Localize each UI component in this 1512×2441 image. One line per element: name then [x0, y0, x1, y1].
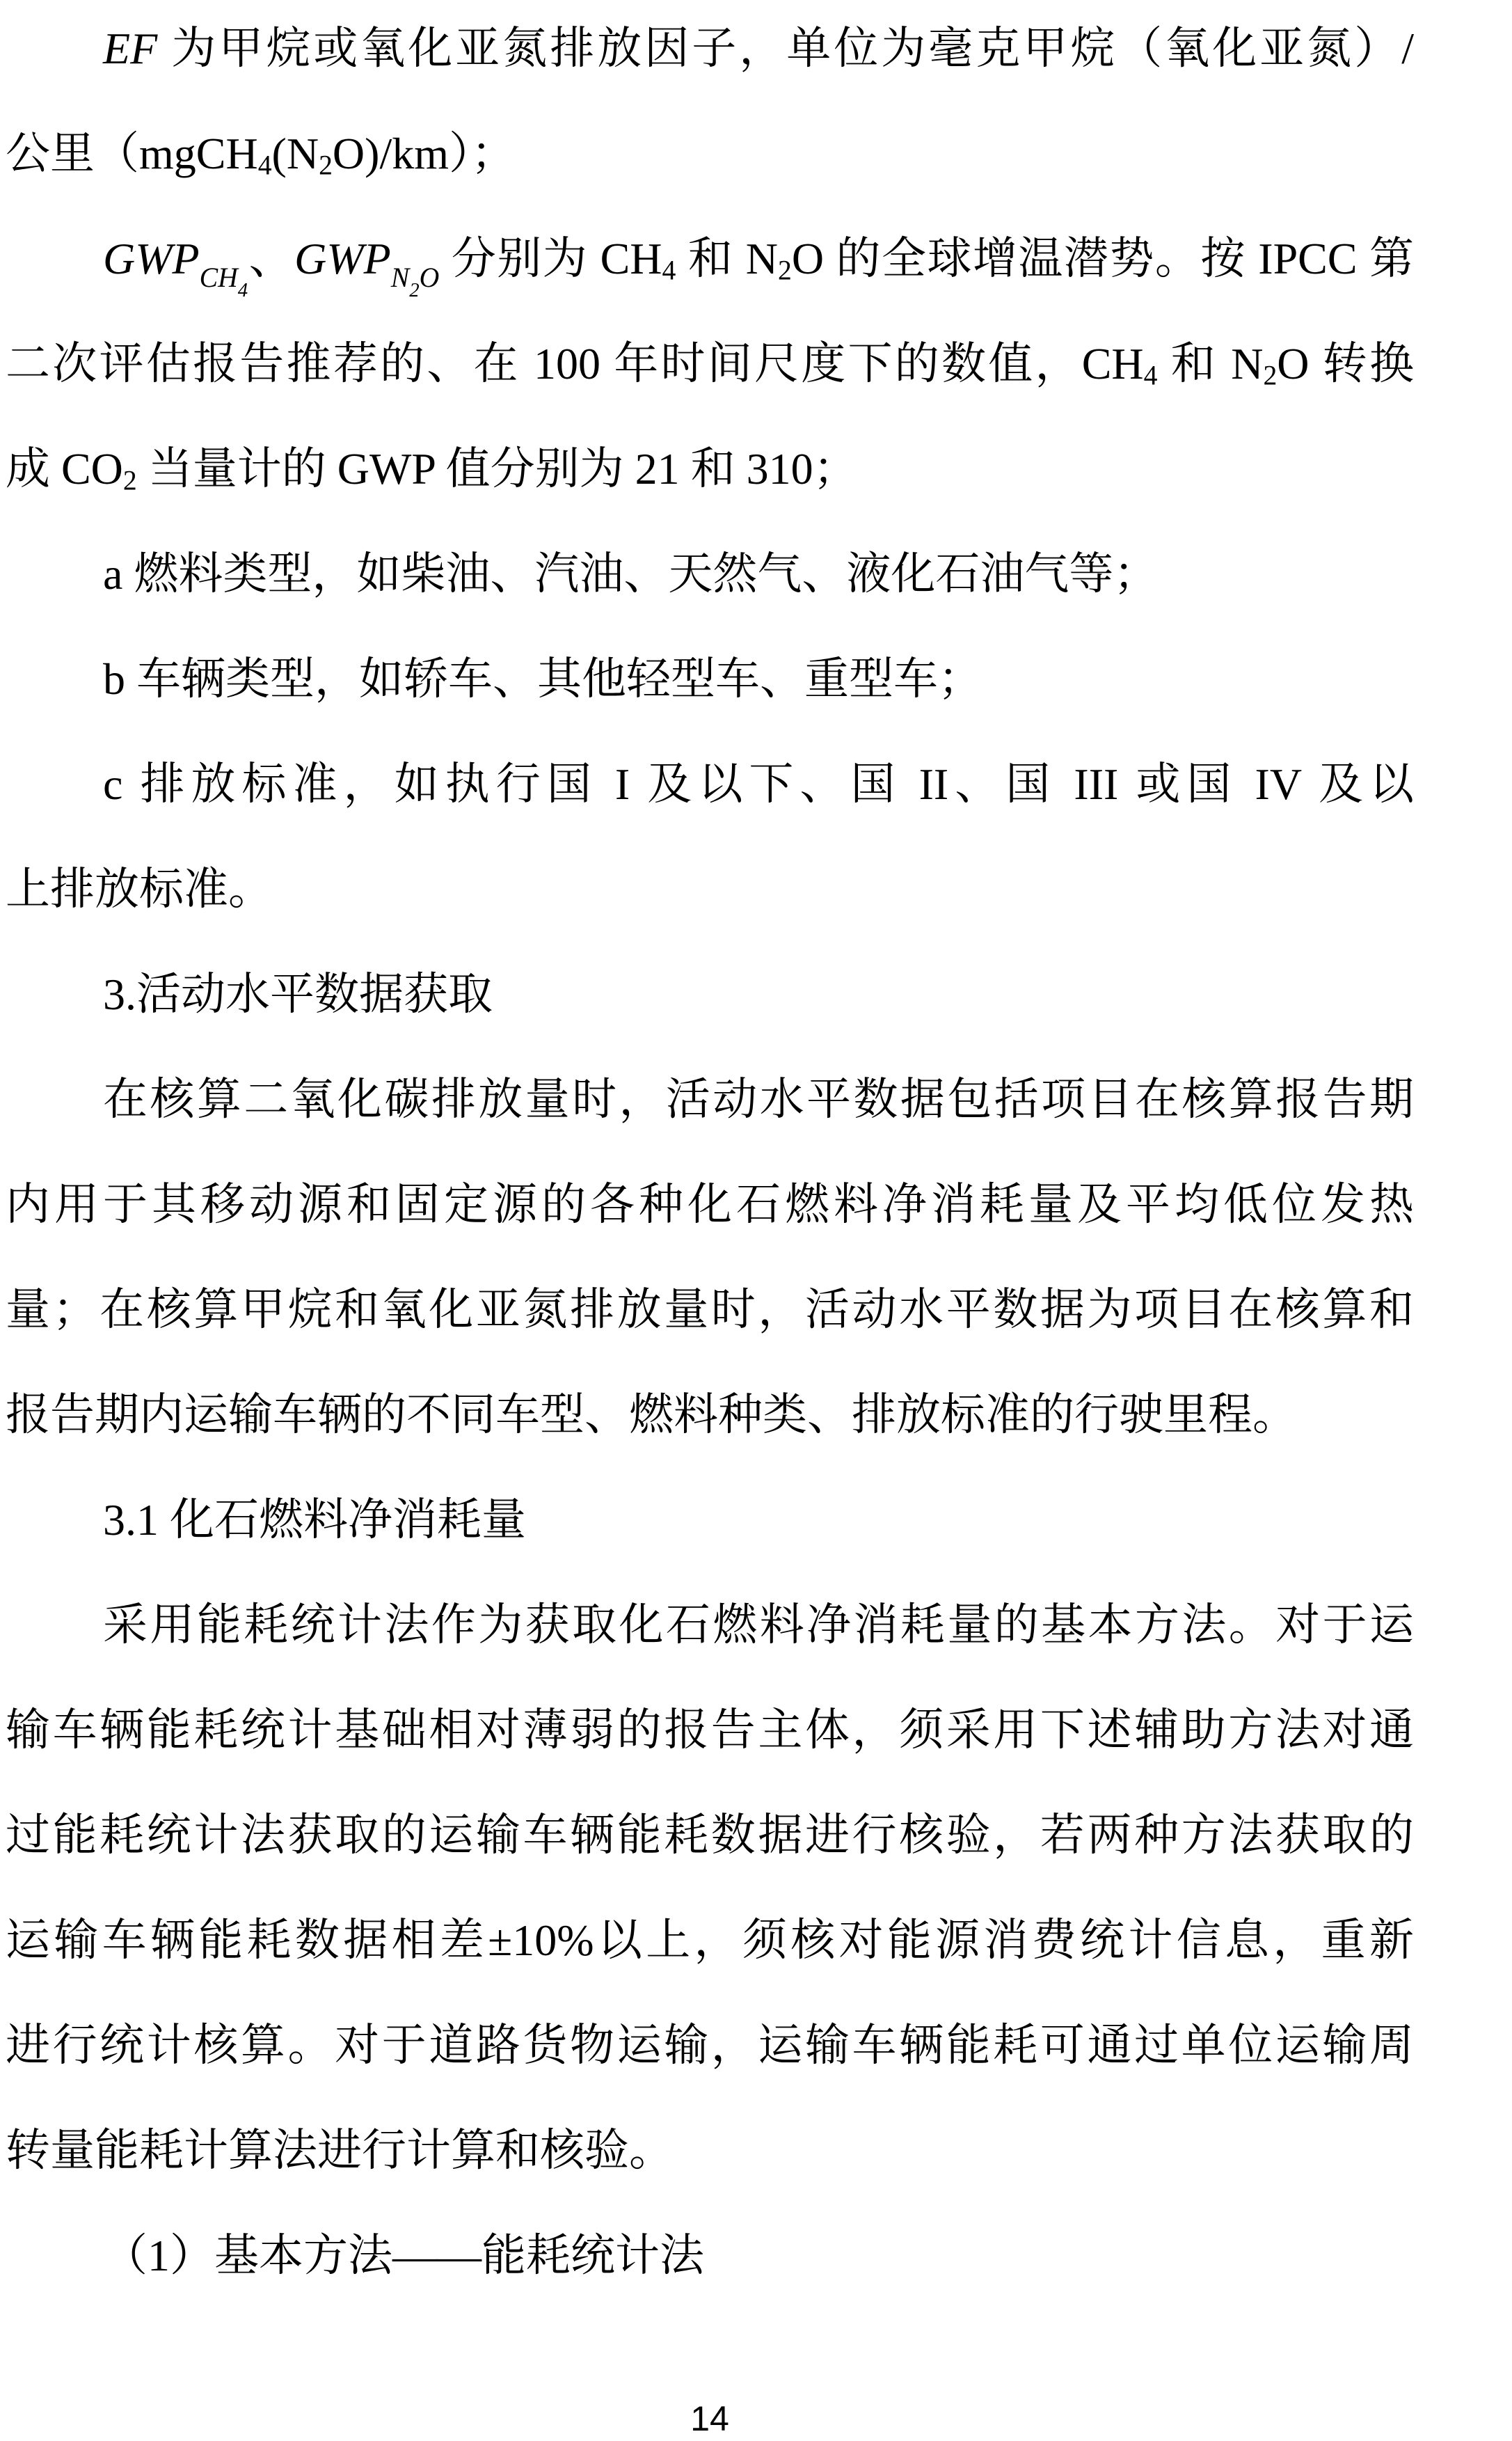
text-line-22: （1）基本方法——能耗统计法 [6, 2203, 1414, 2308]
formula-run: GWP [103, 234, 200, 283]
formula-run: 4 [1144, 361, 1158, 391]
formula-run: 4 [238, 279, 248, 301]
formula-run: O [420, 262, 440, 293]
formula-run: GWP [294, 234, 391, 283]
text-line-5: 成 CO2 当量计的 GWP 值分别为 21 和 310； [6, 416, 1414, 521]
text-run: （1）基本方法——能耗统计法 [103, 2231, 704, 2280]
text-line-10: 3.活动水平数据获取 [6, 942, 1414, 1047]
text-run: 在核算二氧化碳排放量时，活动水平数据包括项目在核算报告期 [103, 1075, 1414, 1124]
text-line-4: 二次评估报告推荐的、在 100 年时间尺度下的数值，CH4 和 N2O 转换 [6, 311, 1414, 416]
text-run: 为甲烷或氧化亚氮排放因子，单位为毫克甲烷（氧化亚氮）/ [157, 24, 1414, 73]
text-run: O)/km）； [333, 129, 516, 178]
document-page: EF 为甲烷或氧化亚氮排放因子，单位为毫克甲烷（氧化亚氮）/公里（mgCH4(N… [0, 0, 1512, 2441]
formula-run: 4 [258, 150, 272, 181]
formula-run: 2 [778, 255, 792, 286]
text-run: 成 CO [6, 444, 123, 493]
text-run: 分别为 CH [439, 234, 662, 283]
text-line-7: b 车辆类型，如轿车、其他轻型车、重型车； [6, 626, 1414, 732]
text-run: 上排放标准。 [6, 864, 273, 914]
text-line-12: 内用于其移动源和固定源的各种化石燃料净消耗量及平均低位发热 [6, 1152, 1414, 1257]
text-line-19: 运输车辆能耗数据相差±10%以上，须核对能源消费统计信息，重新 [6, 1888, 1414, 1993]
text-run: 采用能耗统计法作为获取化石燃料净消耗量的基本方法。对于运 [103, 1600, 1414, 1650]
text-run: 当量计的 GWP 值分别为 21 和 310； [137, 444, 858, 493]
text-line-1: EF 为甲烷或氧化亚氮排放因子，单位为毫克甲烷（氧化亚氮）/ [6, 0, 1414, 101]
formula-run: 4 [662, 255, 676, 286]
text-run: 进行统计核算。对于道路货物运输，运输车辆能耗可通过单位运输周 [6, 2021, 1414, 2070]
text-run: 量；在核算甲烷和氧化亚氮排放量时，活动水平数据为项目在核算和 [6, 1285, 1414, 1334]
text-line-9: 上排放标准。 [6, 837, 1414, 942]
text-run: 二次评估报告推荐的、在 100 年时间尺度下的数值，CH [6, 339, 1144, 388]
text-line-18: 过能耗统计法获取的运输车辆能耗数据进行核验，若两种方法获取的 [6, 1783, 1414, 1888]
formula-run: 2 [409, 279, 419, 301]
text-run: (N [272, 129, 319, 178]
text-line-20: 进行统计核算。对于道路货物运输，运输车辆能耗可通过单位运输周 [6, 1993, 1414, 2098]
text-line-6: a 燃料类型，如柴油、汽油、天然气、液化石油气等； [6, 521, 1414, 626]
text-run: 报告期内运输车辆的不同车型、燃料种类、排放标准的行驶里程。 [6, 1390, 1297, 1439]
text-line-17: 输车辆能耗统计基础相对薄弱的报告主体，须采用下述辅助方法对通 [6, 1677, 1414, 1783]
formula-run: 2 [1263, 361, 1277, 391]
text-line-16: 采用能耗统计法作为获取化石燃料净消耗量的基本方法。对于运 [6, 1572, 1414, 1677]
formula-run: N [391, 262, 409, 293]
formula-run: EF [103, 24, 157, 73]
text-run: a 燃料类型，如柴油、汽油、天然气、液化石油气等； [103, 549, 1158, 599]
text-run: 输车辆能耗统计基础相对薄弱的报告主体，须采用下述辅助方法对通 [6, 1705, 1414, 1755]
text-run: 和 N [676, 234, 778, 283]
text-run: O 转换 [1277, 339, 1414, 388]
text-run: 、 [248, 234, 294, 283]
text-run: 3.1 化石燃料净消耗量 [103, 1495, 526, 1545]
formula-run: CH [200, 262, 238, 293]
text-line-14: 报告期内运输车辆的不同车型、燃料种类、排放标准的行驶里程。 [6, 1362, 1414, 1467]
text-run: 运输车辆能耗数据相差±10%以上，须核对能源消费统计信息，重新 [6, 1915, 1414, 1965]
formula-run: 2 [123, 466, 137, 496]
text-run: O 的全球增温潜势。按 IPCC 第 [792, 234, 1414, 283]
text-run: b 车辆类型，如轿车、其他轻型车、重型车； [103, 654, 982, 704]
text-run: 和 N [1157, 339, 1263, 388]
formula-run: 2 [319, 150, 333, 181]
text-run: c 排放标准，如执行国 I 及以下、国 II、国 III 或国 IV 及以 [103, 759, 1414, 809]
text-run: 公里（mgCH [6, 129, 258, 178]
text-run: 转量能耗计算法进行计算和核验。 [6, 2126, 674, 2175]
page-number: 14 [6, 2401, 1414, 2436]
text-line-21: 转量能耗计算法进行计算和核验。 [6, 2098, 1414, 2203]
text-run: 内用于其移动源和固定源的各种化石燃料净消耗量及平均低位发热 [6, 1180, 1414, 1229]
text-line-3: GWPCH4、GWPN2O 分别为 CH4 和 N2O 的全球增温潜势。按 IP… [6, 206, 1414, 311]
text-line-13: 量；在核算甲烷和氧化亚氮排放量时，活动水平数据为项目在核算和 [6, 1257, 1414, 1362]
text-line-2: 公里（mgCH4(N2O)/km）； [6, 101, 1414, 206]
document-text-body: EF 为甲烷或氧化亚氮排放因子，单位为毫克甲烷（氧化亚氮）/公里（mgCH4(N… [6, 0, 1414, 2308]
text-run: 3.活动水平数据获取 [103, 970, 493, 1019]
text-run: 过能耗统计法获取的运输车辆能耗数据进行核验，若两种方法获取的 [6, 1810, 1414, 1860]
text-line-15: 3.1 化石燃料净消耗量 [6, 1467, 1414, 1572]
text-line-8: c 排放标准，如执行国 I 及以下、国 II、国 III 或国 IV 及以 [6, 732, 1414, 837]
text-line-11: 在核算二氧化碳排放量时，活动水平数据包括项目在核算报告期 [6, 1047, 1414, 1152]
